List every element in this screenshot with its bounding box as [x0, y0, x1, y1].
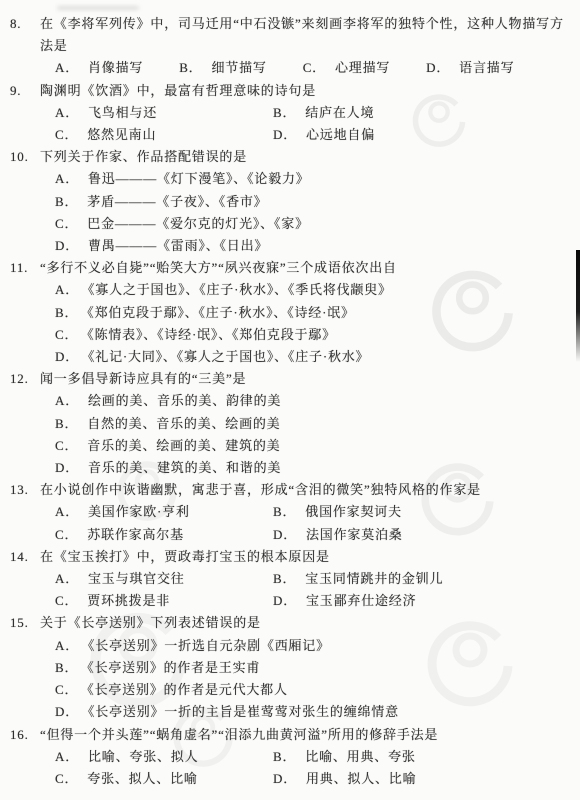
options: A．《寡人之于国也》、《庄子·秋水》、《季氏将伐颛臾》B．《郑伯克段于鄢》、《庄…: [10, 279, 570, 368]
option-text: 飞鸟相与还: [88, 105, 157, 120]
option-label: D．: [273, 527, 297, 542]
question-stem: 13. 在小说创作中诙谐幽默，寓悲于喜，形成“含泪的微笑”独特风格的作家是: [10, 479, 570, 501]
option-D: D．音乐的美、建筑的美、和谐的美: [55, 457, 570, 479]
option-text: 《长亭送别》一折的主旨是崔莺莺对张生的缠绵情意: [88, 704, 399, 719]
question-stem: 11. “多行不义必自毙”“贻笑大方”“夙兴夜寐”三个成语依次出自: [10, 257, 570, 279]
option-text: 巴金———《爱尔克的灯光》、《家》: [87, 216, 309, 231]
option-D: D．《长亭送别》一折的主旨是崔莺莺对张生的缠绵情意: [55, 701, 570, 723]
option-text: 宝玉鄙弃仕途经济: [306, 593, 416, 608]
option-B: B．《长亭送别》的作者是王实甫: [55, 657, 570, 679]
option-text: 悠然见南山: [87, 127, 156, 142]
option-A: A．飞鸟相与还: [55, 102, 273, 124]
option-B: B．自然的美、音乐的美、绘画的美: [55, 413, 570, 435]
option-label: B．: [55, 416, 78, 431]
option-text: 细节描写: [211, 60, 266, 75]
question-stem: 12. 闻一多倡导新诗应具有的“三美”是: [10, 368, 570, 390]
option-label: B．: [179, 60, 202, 75]
option-label: A．: [55, 60, 79, 75]
option-label: D．: [55, 238, 79, 253]
option-label: D．: [273, 593, 297, 608]
question-stem: 8. 在《李将军列传》中，司马迁用“中石没镞”来刻画李将军的独特个性，这种人物描…: [10, 13, 570, 57]
question-stem: 16. “但得一个并头莲”“蜗角虚名”“泪添九曲黄河溢”所用的修辞手法是: [10, 724, 570, 746]
option-text: 绘画的美、音乐的美、韵律的美: [88, 393, 281, 408]
question-number: 9.: [10, 80, 40, 102]
option-C: C．悠然见南山: [55, 124, 273, 146]
option-label: B．: [55, 194, 78, 209]
scanned-exam-page: 8. 在《李将军列传》中，司马迁用“中石没镞”来刻画李将军的独特个性，这种人物描…: [0, 0, 580, 800]
option-label: A．: [55, 749, 79, 764]
option-label: C．: [303, 60, 326, 75]
option-label: C．: [55, 127, 78, 142]
option-text: 苏联作家高尔基: [87, 527, 184, 542]
option-D: D．《礼记·大同》、《寡人之于国也》、《庄子·秋水》: [55, 346, 570, 368]
option-label: B．: [273, 749, 296, 764]
question-number: 8.: [10, 13, 40, 57]
option-C: C．贾环挑拨是非: [55, 590, 273, 612]
question-stem: 15. 关于《长亭送别》下列表述错误的是: [10, 612, 570, 634]
option-text: 结庐在人境: [305, 105, 374, 120]
option-B: B．《郑伯克段于鄢》、《庄子·秋水》、《诗经·氓》: [55, 302, 570, 324]
question-text: 在《宝玉挨打》中，贾政毒打宝玉的根本原因是: [40, 546, 570, 568]
question-number: 11.: [10, 257, 40, 279]
option-text: 夸张、拟人、比喻: [87, 771, 197, 786]
option-D: D．法国作家莫泊桑: [273, 524, 570, 546]
option-label: B．: [273, 105, 296, 120]
option-D: D．宝玉鄙弃仕途经济: [273, 590, 570, 612]
option-text: 心远地自偏: [306, 127, 375, 142]
option-text: 比喻、用典、夸张: [305, 749, 415, 764]
option-text: 《长亭送别》的作者是元代大都人: [87, 682, 288, 697]
option-D: D．用典、拟人、比喻: [273, 768, 570, 790]
options: A．宝玉与琪官交往B．宝玉同情跳井的金钏儿C．贾环挑拨是非D．宝玉鄙弃仕途经济: [10, 568, 570, 612]
option-text: 《长亭送别》的作者是王实甫: [87, 660, 260, 675]
option-label: C．: [55, 593, 78, 608]
question-text: 闻一多倡导新诗应具有的“三美”是: [40, 368, 570, 390]
option-text: 鲁迅———《灯下漫笔》、《论毅力》: [88, 171, 310, 186]
option-text: 《礼记·大同》、《寡人之于国也》、《庄子·秋水》: [88, 349, 369, 364]
option-text: 《寡人之于国也》、《庄子·秋水》、《季氏将伐颛臾》: [88, 282, 392, 297]
option-B: B．俄国作家契诃夫: [273, 501, 570, 523]
option-label: B．: [273, 571, 296, 586]
option-C: C．苏联作家高尔基: [55, 524, 273, 546]
option-text: 比喻、夸张、拟人: [88, 749, 198, 764]
option-label: A．: [55, 571, 79, 586]
option-label: C．: [55, 327, 78, 342]
option-label: A．: [55, 393, 79, 408]
question: 12. 闻一多倡导新诗应具有的“三美”是 A．绘画的美、音乐的美、韵律的美B．自…: [10, 368, 570, 479]
option-label: C．: [55, 527, 78, 542]
option-text: 俄国作家契诃夫: [305, 504, 402, 519]
option-label: B．: [55, 660, 78, 675]
option-text: 宝玉与琪官交往: [88, 571, 185, 586]
question: 8. 在《李将军列传》中，司马迁用“中石没镞”来刻画李将军的独特个性，这种人物描…: [10, 13, 570, 80]
option-text: 美国作家欧·亨利: [88, 504, 190, 519]
option-A: A．比喻、夸张、拟人: [55, 746, 273, 768]
option-label: A．: [55, 504, 79, 519]
question-text: 陶渊明《饮酒》中，最富有哲理意味的诗句是: [40, 80, 570, 102]
option-C: C．巴金———《爱尔克的灯光》、《家》: [55, 213, 570, 235]
option-label: D．: [55, 704, 79, 719]
option-text: 宝玉同情跳井的金钏儿: [305, 571, 443, 586]
option-label: C．: [55, 771, 78, 786]
question-stem: 9. 陶渊明《饮酒》中，最富有哲理意味的诗句是: [10, 80, 570, 102]
question-text: 关于《长亭送别》下列表述错误的是: [40, 612, 570, 634]
question: 10. 下列关于作家、作品搭配错误的是 A．鲁迅———《灯下漫笔》、《论毅力》B…: [10, 146, 570, 257]
question-number: 15.: [10, 612, 40, 634]
question-stem: 14. 在《宝玉挨打》中，贾政毒打宝玉的根本原因是: [10, 546, 570, 568]
question-text: “多行不义必自毙”“贻笑大方”“夙兴夜寐”三个成语依次出自: [40, 257, 570, 279]
question-text: 在小说创作中诙谐幽默，寓悲于喜，形成“含泪的微笑”独特风格的作家是: [40, 479, 570, 501]
option-A: A．美国作家欧·亨利: [55, 501, 273, 523]
option-label: C．: [55, 682, 78, 697]
question-text: 在《李将军列传》中，司马迁用“中石没镞”来刻画李将军的独特个性，这种人物描写方法…: [40, 13, 570, 57]
option-text: 肖像描写: [88, 60, 143, 75]
options: A．比喻、夸张、拟人B．比喻、用典、夸张C．夸张、拟人、比喻D．用典、拟人、比喻: [10, 746, 570, 790]
option-D: D．语言描写: [426, 57, 514, 79]
option-text: 心理描写: [335, 60, 390, 75]
question: 13. 在小说创作中诙谐幽默，寓悲于喜，形成“含泪的微笑”独特风格的作家是 A．…: [10, 479, 570, 546]
option-C: C．音乐的美、绘画的美、建筑的美: [55, 435, 570, 457]
option-B: B．结庐在人境: [273, 102, 570, 124]
options: A．肖像描写B．细节描写C．心理描写D．语言描写: [10, 57, 570, 79]
option-label: A．: [55, 638, 79, 653]
option-D: D．曹禺———《雷雨》、《日出》: [55, 235, 570, 257]
option-C: C．《陈情表》、《诗经·氓》、《郑伯克段于鄢》: [55, 324, 570, 346]
option-label: C．: [55, 216, 78, 231]
option-text: 《郑伯克段于鄢》、《庄子·秋水》、《诗经·氓》: [87, 305, 355, 320]
option-label: D．: [426, 60, 450, 75]
option-C: C．心理描写: [303, 57, 390, 79]
option-D: D．心远地自偏: [273, 124, 570, 146]
question-number: 13.: [10, 479, 40, 501]
option-label: A．: [55, 105, 79, 120]
option-A: A．绘画的美、音乐的美、韵律的美: [55, 390, 570, 412]
option-text: 《陈情表》、《诗经·氓》、《郑伯克段于鄢》: [87, 327, 336, 342]
option-A: A．《长亭送别》一折选自元杂剧《西厢记》: [55, 635, 570, 657]
option-B: B．细节描写: [179, 57, 266, 79]
option-A: A．鲁迅———《灯下漫笔》、《论毅力》: [55, 168, 570, 190]
option-C: C．夸张、拟人、比喻: [55, 768, 273, 790]
option-text: 贾环挑拨是非: [87, 593, 170, 608]
option-label: D．: [273, 771, 297, 786]
options: A．绘画的美、音乐的美、韵律的美B．自然的美、音乐的美、绘画的美C．音乐的美、绘…: [10, 390, 570, 479]
question-text: “但得一个并头莲”“蜗角虚名”“泪添九曲黄河溢”所用的修辞手法是: [40, 724, 570, 746]
question: 11. “多行不义必自毙”“贻笑大方”“夙兴夜寐”三个成语依次出自 A．《寡人之…: [10, 257, 570, 368]
question-text: 下列关于作家、作品搭配错误的是: [40, 146, 570, 168]
option-label: B．: [55, 305, 78, 320]
option-B: B．比喻、用典、夸张: [273, 746, 570, 768]
option-B: B．茅盾———《子夜》、《香市》: [55, 191, 570, 213]
option-text: 茅盾———《子夜》、《香市》: [87, 194, 267, 209]
option-text: 曹禺———《雷雨》、《日出》: [88, 238, 268, 253]
option-label: A．: [55, 282, 79, 297]
option-A: A．《寡人之于国也》、《庄子·秋水》、《季氏将伐颛臾》: [55, 279, 570, 301]
question-stem: 10. 下列关于作家、作品搭配错误的是: [10, 146, 570, 168]
option-text: 音乐的美、建筑的美、和谐的美: [88, 460, 281, 475]
question-number: 14.: [10, 546, 40, 568]
option-label: C．: [55, 438, 78, 453]
question: 9. 陶渊明《饮酒》中，最富有哲理意味的诗句是 A．飞鸟相与还B．结庐在人境C．…: [10, 80, 570, 147]
option-label: D．: [273, 127, 297, 142]
question-number: 10.: [10, 146, 40, 168]
option-text: 语言描写: [459, 60, 514, 75]
option-label: A．: [55, 171, 79, 186]
options: A．《长亭送别》一折选自元杂剧《西厢记》B．《长亭送别》的作者是王实甫C．《长亭…: [10, 635, 570, 724]
scan-edge-artifact: [576, 250, 580, 362]
option-A: A．宝玉与琪官交往: [55, 568, 273, 590]
option-B: B．宝玉同情跳井的金钏儿: [273, 568, 570, 590]
question-number: 16.: [10, 724, 40, 746]
option-label: D．: [55, 460, 79, 475]
option-text: 法国作家莫泊桑: [306, 527, 403, 542]
option-C: C．《长亭送别》的作者是元代大都人: [55, 679, 570, 701]
question: 14. 在《宝玉挨打》中，贾政毒打宝玉的根本原因是 A．宝玉与琪官交往B．宝玉同…: [10, 546, 570, 613]
option-label: B．: [273, 504, 296, 519]
options: A．美国作家欧·亨利B．俄国作家契诃夫C．苏联作家高尔基D．法国作家莫泊桑: [10, 501, 570, 545]
question-list: 8. 在《李将军列传》中，司马迁用“中石没镞”来刻画李将军的独特个性，这种人物描…: [0, 0, 580, 790]
option-text: 《长亭送别》一折选自元杂剧《西厢记》: [88, 638, 330, 653]
options: A．鲁迅———《灯下漫笔》、《论毅力》B．茅盾———《子夜》、《香市》C．巴金—…: [10, 168, 570, 257]
option-label: D．: [55, 349, 79, 364]
option-text: 用典、拟人、比喻: [306, 771, 416, 786]
question: 15. 关于《长亭送别》下列表述错误的是 A．《长亭送别》一折选自元杂剧《西厢记…: [10, 612, 570, 723]
option-text: 音乐的美、绘画的美、建筑的美: [87, 438, 280, 453]
option-A: A．肖像描写: [55, 57, 143, 79]
question-number: 12.: [10, 368, 40, 390]
question: 16. “但得一个并头莲”“蜗角虚名”“泪添九曲黄河溢”所用的修辞手法是 A．比…: [10, 724, 570, 791]
options: A．飞鸟相与还B．结庐在人境C．悠然见南山D．心远地自偏: [10, 102, 570, 146]
option-text: 自然的美、音乐的美、绘画的美: [87, 416, 280, 431]
